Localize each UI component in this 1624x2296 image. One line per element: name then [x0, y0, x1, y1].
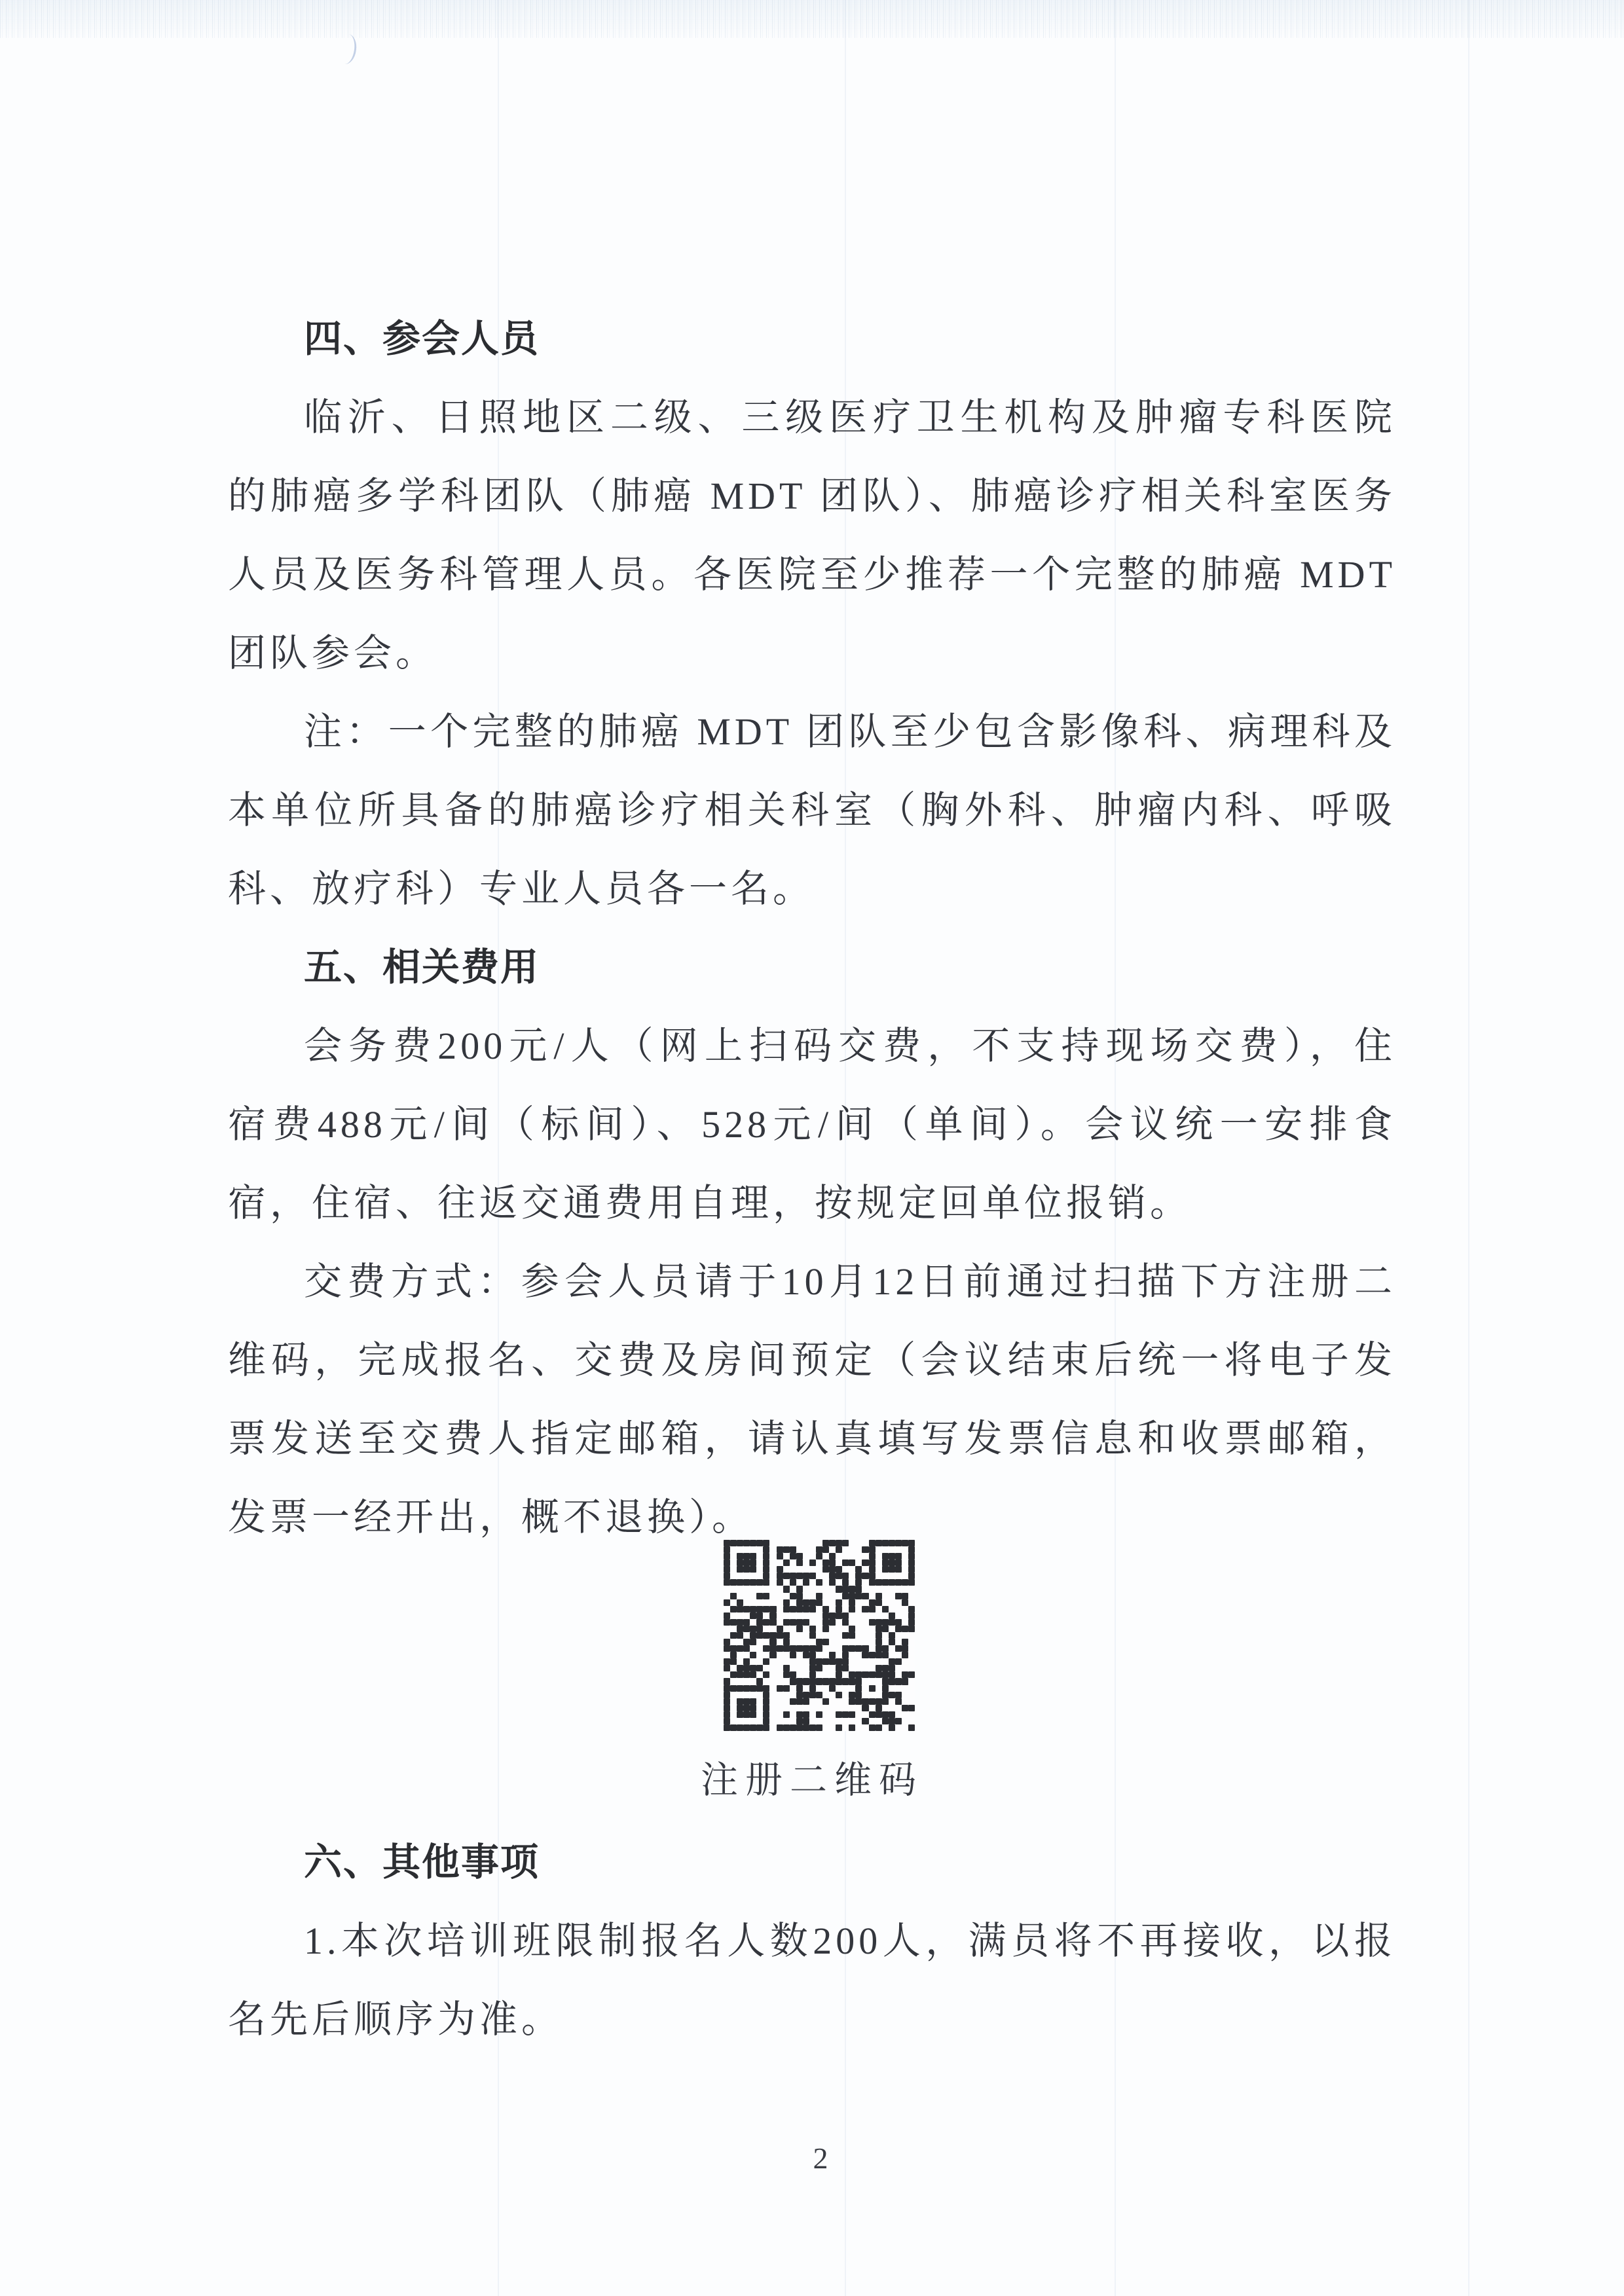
section6-para1-line: 1.本次培训班限制报名人数200人，满员将不再接收，以报	[228, 1902, 1396, 1980]
section5-para1-line: 会务费200元/人（网上扫码交费，不支持现场交费），住	[228, 1007, 1396, 1085]
section4-para1-line: 人员及医务科管理人员。各医院至少推荐一个完整的肺癌 MDT	[228, 536, 1396, 614]
section6-heading: 六、其他事项	[228, 1823, 1396, 1902]
page-number: 2	[0, 2136, 1624, 2181]
scanned-document-page: 四、参会人员 临沂、日照地区二级、三级医疗卫生机构及肿瘤专科医院 的肺癌多学科团…	[0, 0, 1624, 2296]
section4-para1-line: 团队参会。	[228, 614, 1396, 693]
scan-noise-band	[0, 0, 1624, 38]
document-body: 四、参会人员 临沂、日照地区二级、三级医疗卫生机构及肿瘤专科医院 的肺癌多学科团…	[228, 300, 1396, 1557]
section4-para1-line: 的肺癌多学科团队（肺癌 MDT 团队）、肺癌诊疗相关科室医务	[228, 457, 1396, 536]
section5-para2-line: 票发送至交费人指定邮箱，请认真填写发票信息和收票邮箱，	[228, 1400, 1396, 1478]
section5-para2-line: 维码，完成报名、交费及房间预定（会议结束后统一将电子发	[228, 1321, 1396, 1400]
section4-para2-line: 本单位所具备的肺癌诊疗相关科室（胸外科、肿瘤内科、呼吸	[228, 771, 1396, 850]
section5-para2-line: 交费方式：参会人员请于10月12日前通过扫描下方注册二	[228, 1243, 1396, 1321]
section5-para1-line: 宿，住宿、往返交通费用自理，按规定回单位报销。	[228, 1164, 1396, 1243]
section6-block: 六、其他事项 1.本次培训班限制报名人数200人，满员将不再接收，以报 名先后顺…	[228, 1823, 1396, 2059]
section5-para1-line: 宿费488元/间（标间）、528元/间（单间）。会议统一安排食	[228, 1085, 1396, 1164]
section4-para1-line: 临沂、日照地区二级、三级医疗卫生机构及肿瘤专科医院	[228, 378, 1396, 457]
section6-para1-line: 名先后顺序为准。	[228, 1980, 1396, 2059]
section5-heading: 五、相关费用	[228, 928, 1396, 1007]
section4-para2-line: 科、放疗科）专业人员各一名。	[228, 850, 1396, 928]
qr-code-caption: 注册二维码	[0, 1741, 1624, 1820]
section4-para2-line: 注：一个完整的肺癌 MDT 团队至少包含影像科、病理科及	[228, 693, 1396, 771]
scan-streak	[1468, 0, 1469, 2296]
section4-heading: 四、参会人员	[228, 300, 1396, 378]
qr-code	[724, 1540, 915, 1731]
